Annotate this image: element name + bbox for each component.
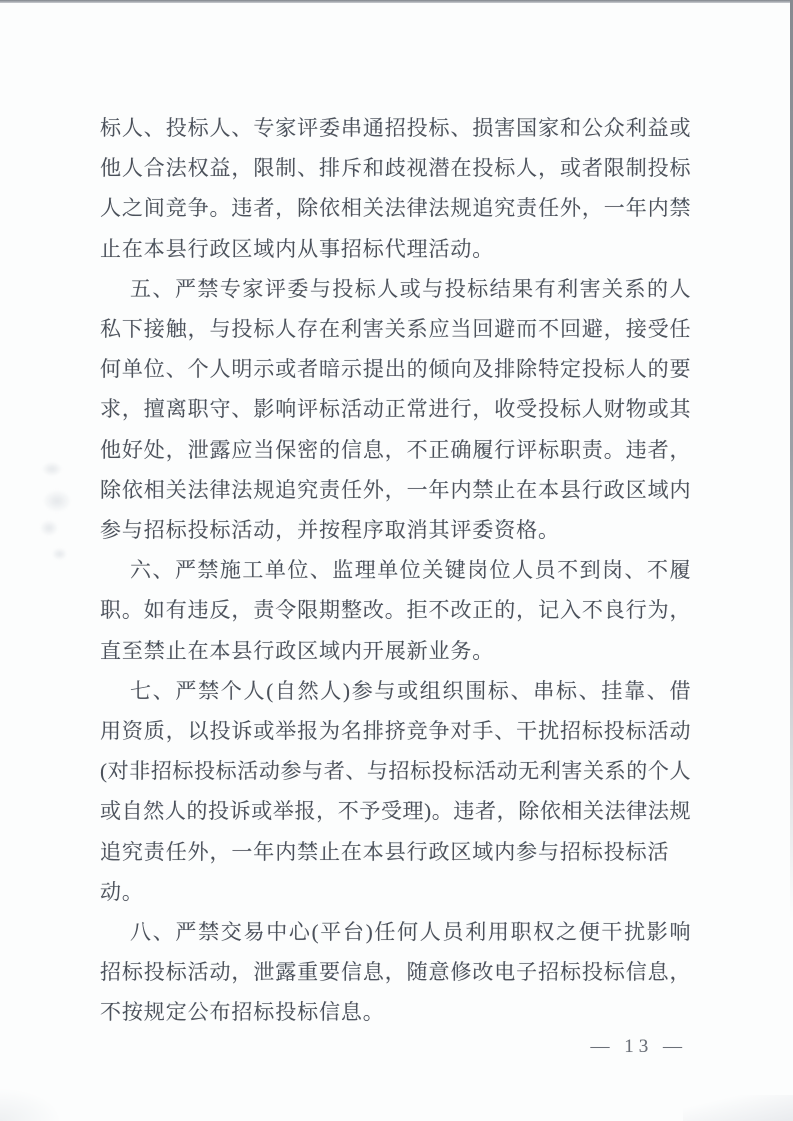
scan-shadow-bottom-left — [0, 1089, 60, 1121]
scan-smudge — [43, 490, 71, 512]
scan-shadow-bottom-right — [683, 1095, 793, 1121]
scan-smudge — [52, 548, 67, 560]
text-line: 用资质，以投诉或举报为名排挤竞争对手、干扰招标投标活动 — [100, 711, 691, 751]
text-line: 何单位、个人明示或者暗示提出的倾向及排除特定投标人的要 — [100, 349, 691, 389]
document-body: 标人、投标人、专家评委串通招投标、损害国家和公众利益或他人合法权益，限制、排斥和… — [100, 108, 691, 1033]
text-line: 五、严禁专家评委与投标人或与投标结果有利害关系的人 — [100, 269, 691, 309]
text-line: 止在本县行政区域内从事招标代理活动。 — [100, 229, 691, 269]
text-line: 职。如有违反，责令限期整改。拒不改正的，记入不良行为， — [100, 590, 691, 630]
text-line: 六、严禁施工单位、监理单位关键岗位人员不到岗、不履 — [100, 550, 691, 590]
scan-smudge — [42, 462, 62, 476]
text-line: 七、严禁个人(自然人)参与或组织围标、串标、挂靠、借 — [100, 671, 691, 711]
text-line: 不按规定公布招标投标信息。 — [100, 992, 691, 1032]
text-line: 参与招标投标活动，并按程序取消其评委资格。 — [100, 510, 691, 550]
text-line: 人之间竞争。违者，除依相关法律法规追究责任外，一年内禁 — [100, 188, 691, 228]
text-line: 私下接触，与投标人存在利害关系应当回避而不回避，接受任 — [100, 309, 691, 349]
scan-edge-top — [0, 0, 793, 3]
text-line: 除依相关法律法规追究责任外，一年内禁止在本县行政区域内 — [100, 470, 691, 510]
text-line: 直至禁止在本县行政区域内开展新业务。 — [100, 631, 691, 671]
page-number: — 13 — — [591, 1036, 688, 1058]
text-line: (对非招标投标活动参与者、与招标投标活动无利害关系的个人 — [100, 751, 691, 791]
text-line: 求，擅离职守、影响评标活动正常进行，收受投标人财物或其 — [100, 389, 691, 429]
text-line: 追究责任外，一年内禁止在本县行政区域内参与招标投标活动。 — [100, 832, 691, 912]
text-line: 他好处，泄露应当保密的信息，不正确履行评标职责。违者， — [100, 430, 691, 470]
text-line: 标人、投标人、专家评委串通招投标、损害国家和公众利益或 — [100, 108, 691, 148]
text-line: 招标投标活动，泄露重要信息，随意修改电子招标投标信息， — [100, 952, 691, 992]
text-line: 或自然人的投诉或举报，不予受理)。违者，除依相关法律法规 — [100, 791, 691, 831]
scan-smudge — [40, 520, 58, 536]
scanned-document-page: 标人、投标人、专家评委串通招投标、损害国家和公众利益或他人合法权益，限制、排斥和… — [0, 0, 793, 1121]
text-line: 八、严禁交易中心(平台)任何人员利用职权之便干扰影响 — [100, 912, 691, 952]
text-line: 他人合法权益，限制、排斥和歧视潜在投标人，或者限制投标 — [100, 148, 691, 188]
